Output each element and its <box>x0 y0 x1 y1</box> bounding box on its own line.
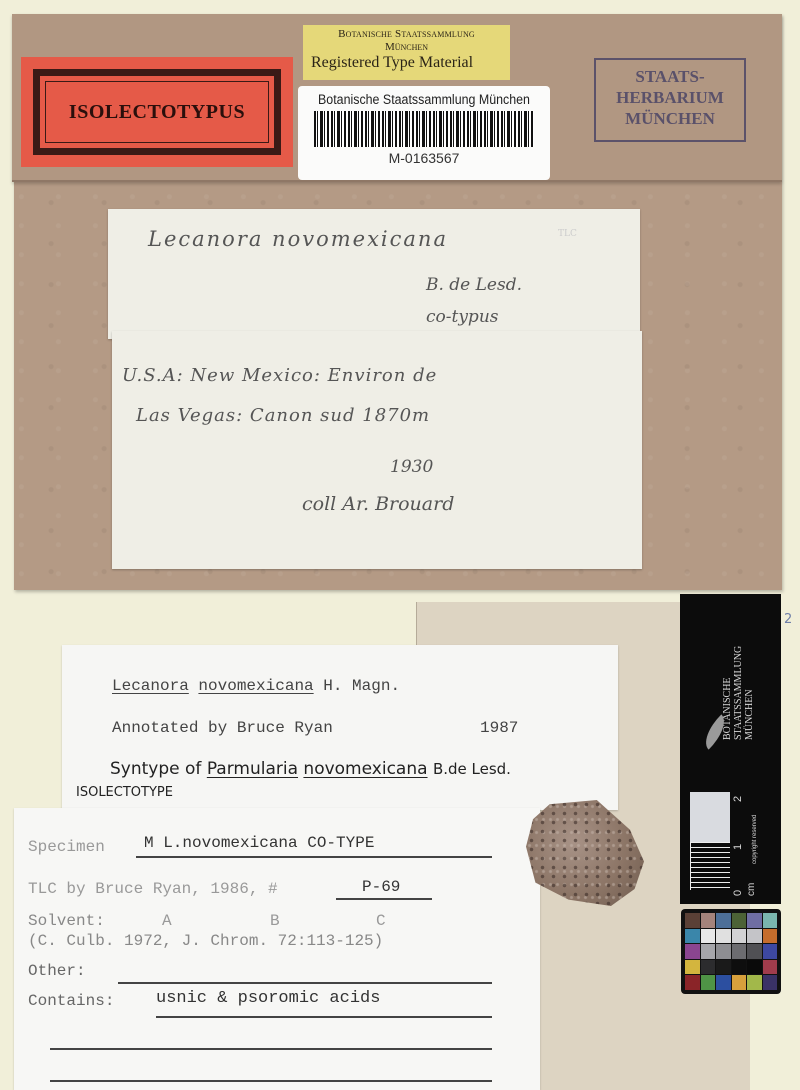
locality-line-2: Las Vegas: Canon sud 1870m <box>136 405 430 426</box>
collection-year: 1930 <box>390 457 433 477</box>
copyright-text: copyright reserved <box>752 815 758 864</box>
accession-number: M-0163567 <box>298 150 550 166</box>
contains-label: Contains: <box>28 992 114 1010</box>
solvent-b: B <box>270 912 280 930</box>
tlc-number: P-69 <box>362 878 400 896</box>
pencil-note: TLC <box>558 229 577 239</box>
color-swatch <box>763 913 778 928</box>
color-swatch <box>747 929 762 944</box>
ruler-scale <box>690 792 730 842</box>
color-swatch <box>732 944 747 959</box>
color-swatch <box>747 960 762 975</box>
tlc-field-label: TLC by Bruce Ryan, 1986, # <box>28 880 278 898</box>
color-swatch <box>732 913 747 928</box>
color-swatch <box>763 960 778 975</box>
scalebar-institution: BOTANISCHE STAATSSAMMLUNG MÜNCHEN <box>722 646 755 740</box>
color-swatch <box>763 929 778 944</box>
isolectotype-status: ISOLECTOTYPE <box>76 785 173 800</box>
tlc-card: Specimen M L.novomexicana CO-TYPE TLC by… <box>14 808 540 1090</box>
collector: coll Ar. Brouard <box>302 493 454 515</box>
color-swatch <box>732 929 747 944</box>
annotation-epithet: novomexicana <box>198 677 313 695</box>
ruler-ticks <box>690 842 730 890</box>
type-status: co-typus <box>426 307 499 327</box>
color-swatch <box>747 975 762 990</box>
isolectotypus-label: ISOLECTOTYPUS <box>21 57 293 167</box>
color-swatch <box>716 975 731 990</box>
registered-type-label: Botanische Staatssammlung München Regist… <box>303 25 510 80</box>
color-swatch <box>701 929 716 944</box>
solvent-a: A <box>162 912 172 930</box>
tlc-reference: (C. Culb. 1972, J. Chrom. 72:113-125) <box>28 932 383 950</box>
color-swatch <box>763 944 778 959</box>
syntype-prefix: Syntype of <box>110 759 201 779</box>
locality-line-1: U.S.A: New Mexico: Environ de <box>122 365 437 386</box>
scale-bar: BOTANISCHE STAATSSAMMLUNG MÜNCHEN 2 1 0 … <box>680 594 781 904</box>
color-swatch <box>716 960 731 975</box>
contains-value: usnic & psoromic acids <box>156 989 380 1008</box>
annotation-year: 1987 <box>480 719 518 737</box>
color-swatch <box>685 960 700 975</box>
taxon-name: Lecanora novomexicana <box>148 227 448 251</box>
annotation-author: H. Magn. <box>323 677 400 695</box>
syntype-epithet: novomexicana <box>303 759 427 779</box>
color-swatch <box>685 913 700 928</box>
color-swatch <box>701 975 716 990</box>
barcode-label: Botanische Staatssammlung München M-0163… <box>298 86 550 180</box>
color-swatch <box>685 975 700 990</box>
color-swatch <box>763 975 778 990</box>
solvent-label: Solvent: <box>28 912 105 930</box>
taxon-author: B. de Lesd. <box>426 275 522 295</box>
color-swatch <box>732 960 747 975</box>
annotation-label: Lecanora novomexicana H. Magn. Annotated… <box>62 645 618 810</box>
color-calibration-chart <box>681 909 781 994</box>
syntype-author: B.de Lesd. <box>433 760 511 778</box>
annotated-by: Annotated by Bruce Ryan <box>112 719 333 737</box>
specimen-field-label: Specimen <box>28 838 105 856</box>
color-swatch <box>747 944 762 959</box>
determination-label: Lecanora novomexicana B. de Lesd. co-typ… <box>108 209 640 339</box>
barcode <box>314 111 534 147</box>
color-swatch <box>685 929 700 944</box>
other-label: Other: <box>28 962 86 980</box>
syntype-genus: Parmularia <box>207 759 298 779</box>
annotation-genus: Lecanora <box>112 677 189 695</box>
color-swatch <box>716 944 731 959</box>
color-swatch <box>716 929 731 944</box>
color-swatch <box>747 913 762 928</box>
color-swatch <box>732 975 747 990</box>
solvent-c: C <box>376 912 386 930</box>
herbarium-stamp: STAATS- HERBARIUM MÜNCHEN <box>594 58 746 142</box>
type-status-text: ISOLECTOTYPUS <box>45 81 269 143</box>
locality-label: U.S.A: New Mexico: Environ de Las Vegas:… <box>112 331 642 569</box>
pencil-mark: 2 <box>784 612 792 627</box>
specimen-field-value: M L.novomexicana CO-TYPE <box>144 834 374 852</box>
barcode-institution: Botanische Staatssammlung München <box>308 92 540 107</box>
color-swatch <box>701 960 716 975</box>
color-swatch <box>701 913 716 928</box>
color-swatch <box>701 944 716 959</box>
color-swatch <box>716 913 731 928</box>
color-swatch <box>685 944 700 959</box>
